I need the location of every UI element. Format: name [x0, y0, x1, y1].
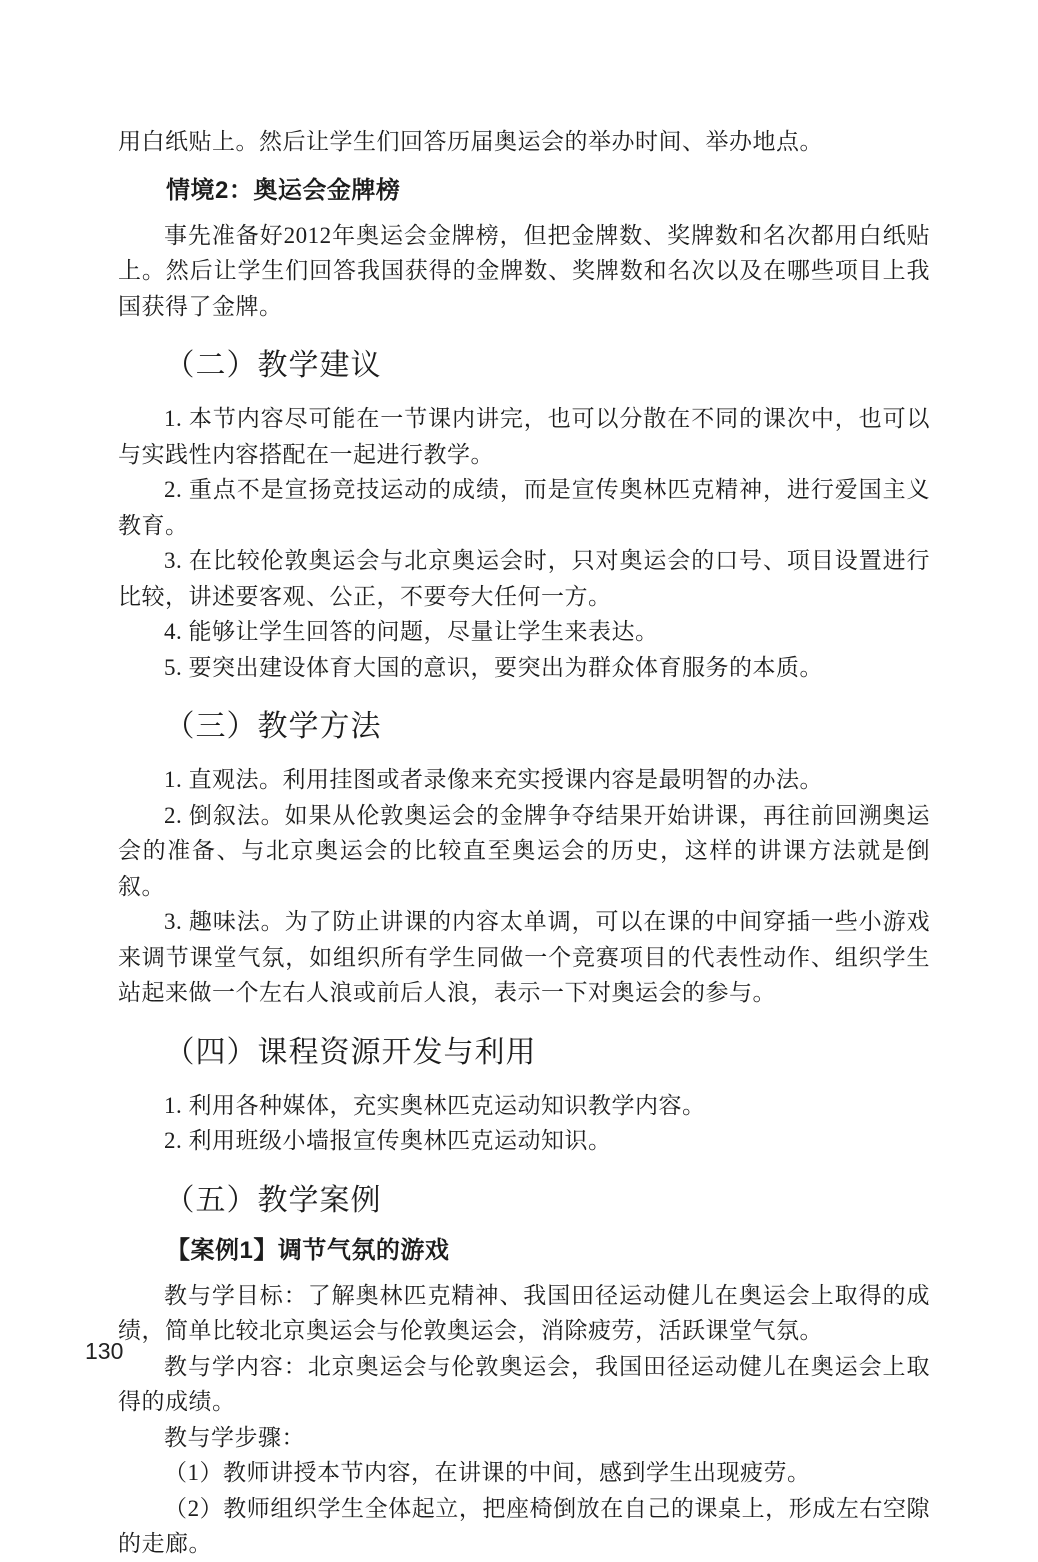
case1-step-1: （1）教师讲授本节内容，在讲课的中间，感到学生出现疲劳。	[118, 1455, 930, 1491]
section5-title: （五）教学案例	[118, 1183, 930, 1219]
case1-step-2: （2）教师组织学生全体起立，把座椅倒放在自己的课桌上，形成左右空隙的走廊。	[118, 1491, 930, 1562]
section2-title: （二）教学建议	[118, 348, 930, 384]
section4-title: （四）课程资源开发与利用	[118, 1035, 930, 1071]
case1-heading: 【案例1】调节气氛的游戏	[118, 1236, 930, 1266]
case1-steps-label: 教与学步骤：	[118, 1420, 930, 1456]
section2-item-1: 1. 本节内容尽可能在一节课内讲完，也可以分散在不同的课次中，也可以与实践性内容…	[118, 401, 930, 472]
section2-item-4: 4. 能够让学生回答的问题，尽量让学生来表达。	[118, 614, 930, 650]
scenario2-heading: 情境2：奥运会金牌榜	[118, 176, 930, 206]
textbook-page: 用白纸贴上。然后让学生们回答历届奥运会的举办时间、举办地点。 情境2：奥运会金牌…	[0, 0, 1038, 1452]
section4-item-1: 1. 利用各种媒体，充实奥林匹克运动知识教学内容。	[118, 1088, 930, 1124]
page-number: 130	[85, 1338, 123, 1365]
scenario2-body: 事先准备好2012年奥运会金牌榜，但把金牌数、奖牌数和名次都用白纸贴上。然后让学…	[118, 218, 930, 325]
case1-content-paragraph: 教与学内容：北京奥运会与伦敦奥运会，我国田径运动健儿在奥运会上取得的成绩。	[118, 1349, 930, 1420]
section2-item-3: 3. 在比较伦敦奥运会与北京奥运会时，只对奥运会的口号、项目设置进行比较，讲述要…	[118, 543, 930, 614]
case1-goals-paragraph: 教与学目标：了解奥林匹克精神、我国田径运动健儿在奥运会上取得的成绩，简单比较北京…	[118, 1278, 930, 1349]
section2-item-2: 2. 重点不是宣扬竞技运动的成绩，而是宣传奥林匹克精神，进行爱国主义教育。	[118, 472, 930, 543]
leading-paragraph: 用白纸贴上。然后让学生们回答历届奥运会的举办时间、举办地点。	[118, 124, 930, 160]
section2-item-5: 5. 要突出建设体育大国的意识，要突出为群众体育服务的本质。	[118, 650, 930, 686]
section3-title: （三）教学方法	[118, 709, 930, 745]
section3-item-3: 3. 趣味法。为了防止讲课的内容太单调，可以在课的中间穿插一些小游戏来调节课堂气…	[118, 904, 930, 1011]
section3-item-2: 2. 倒叙法。如果从伦敦奥运会的金牌争夺结果开始讲课，再往前回溯奥运会的准备、与…	[118, 798, 930, 905]
section3-item-1: 1. 直观法。利用挂图或者录像来充实授课内容是最明智的办法。	[118, 762, 930, 798]
section4-item-2: 2. 利用班级小墙报宣传奥林匹克运动知识。	[118, 1123, 930, 1159]
